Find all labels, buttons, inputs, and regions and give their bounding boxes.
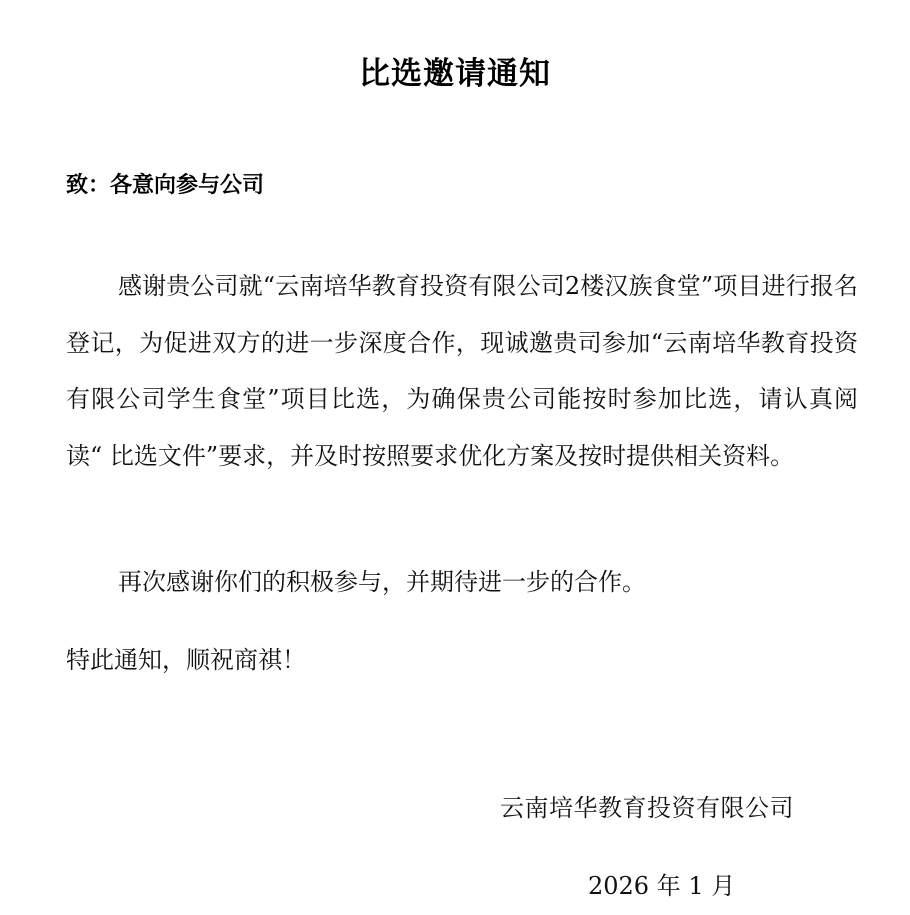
document-title: 比选邀请通知	[0, 52, 910, 96]
signature-company: 云南培华教育投资有限公司	[500, 790, 794, 826]
salutation: 致：各意向参与公司	[66, 170, 264, 202]
signature-date: 2026 年 1 月	[588, 868, 735, 904]
body-paragraph-closing: 特此通知，顺祝商祺！	[66, 640, 858, 680]
body-paragraph-thanks: 再次感谢你们的积极参与，并期待进一步的合作。	[66, 562, 858, 602]
body-paragraph-invitation: 感谢贵公司就“云南培华教育投资有限公司2楼汉族食堂”项目进行报名登记，为促进双方…	[66, 258, 858, 484]
document-page: 比选邀请通知 致：各意向参与公司 感谢贵公司就“云南培华教育投资有限公司2楼汉族…	[0, 0, 910, 915]
